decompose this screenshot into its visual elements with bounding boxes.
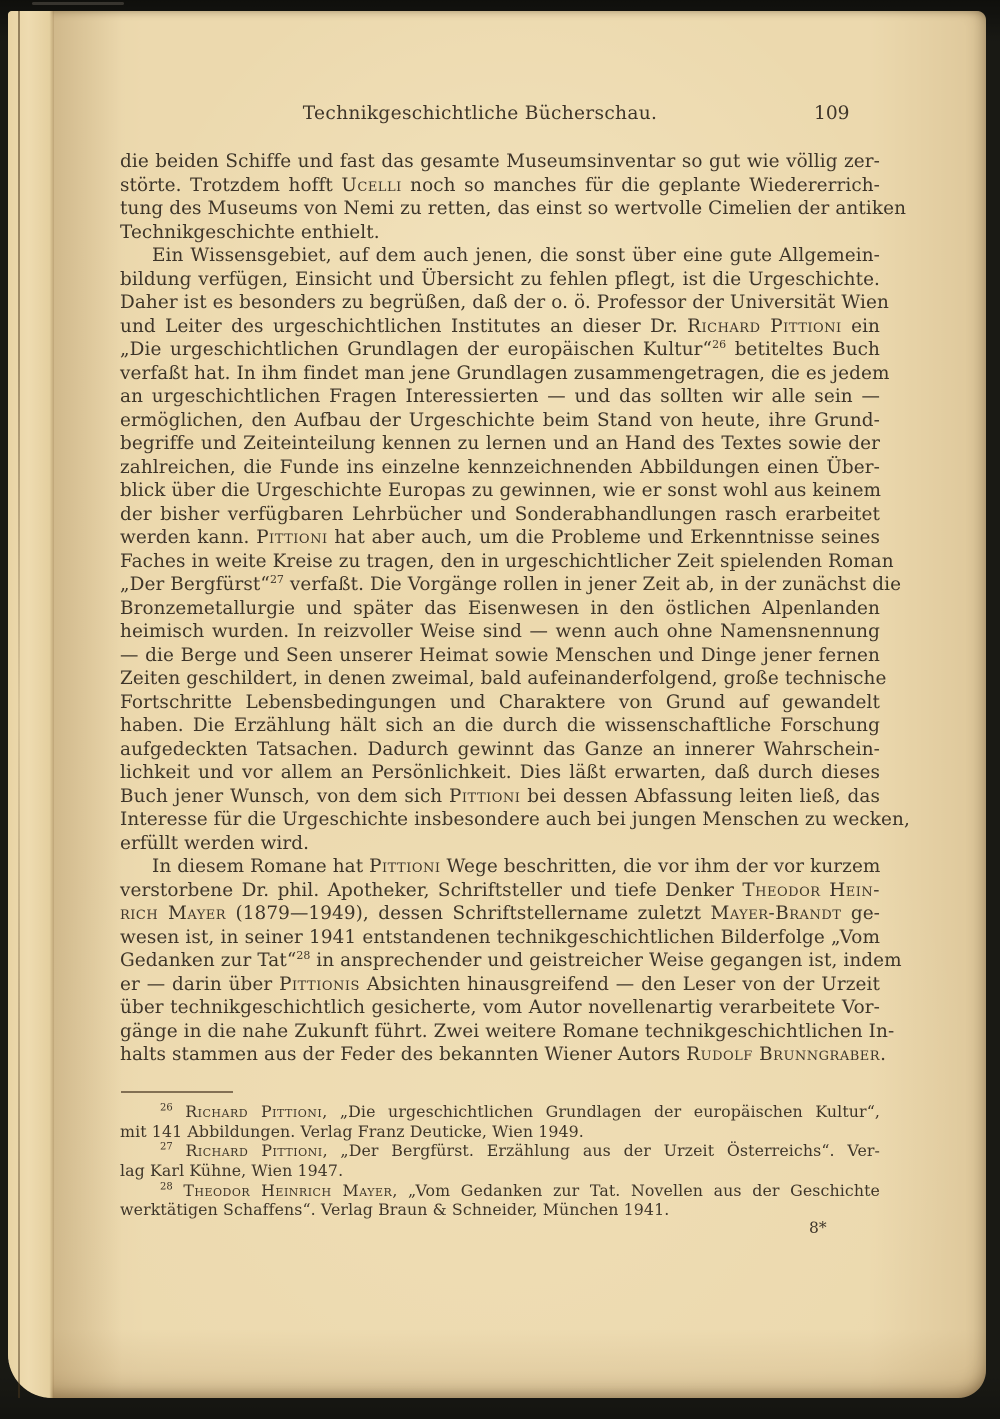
- gutter-shadow: [54, 11, 122, 1398]
- text-line: In diesem Romane hat Pittioni Wege besch…: [120, 855, 880, 879]
- text-line: er — darin über Pittionis Absichten hina…: [120, 973, 880, 997]
- text-line: Daher ist es besonders zu begrüßen, daß …: [120, 291, 880, 315]
- page-number: 109: [814, 103, 850, 124]
- text-line: Bronzemetallurgie und später das Eisenwe…: [120, 597, 880, 621]
- text-line: Gedanken zur Tat“28 in ansprechender und…: [120, 949, 880, 973]
- page-scan: Technikgeschichtliche Bücherschau. 109 d…: [8, 11, 986, 1398]
- text-line: aufgedeckten Tatsachen. Dadurch gewinnt …: [120, 738, 880, 762]
- text-line: Fortschritte Lebensbedingungen und Chara…: [120, 691, 880, 715]
- text-line: verstorbene Dr. phil. Apotheker, Schrift…: [120, 879, 880, 903]
- text-line: „Der Bergfürst“27 verfaßt. Die Vorgänge …: [120, 573, 880, 597]
- text-line: die beiden Schiffe und fast das gesamte …: [120, 150, 880, 174]
- text-line: begriffe und Zeiteinteilung kennen zu le…: [120, 432, 880, 456]
- paragraph: die beiden Schiffe und fast das gesamte …: [120, 150, 880, 244]
- text-line: der bisher verfügbaren Lehrbücher und So…: [120, 503, 880, 527]
- signature-mark: 8*: [809, 1219, 827, 1237]
- text-line: „Die urgeschichtlichen Grundlagen der eu…: [120, 338, 880, 362]
- text-line: 27 Richard Pittioni, „Der Bergfürst. Erz…: [120, 1141, 880, 1161]
- paragraph: Ein Wissensgebiet, auf dem auch jenen, d…: [120, 244, 880, 855]
- running-title: Technikgeschichtliche Bücherschau.: [120, 103, 880, 124]
- text-line: blick über die Urgeschichte Europas zu g…: [120, 479, 880, 503]
- text-line: Ein Wissensgebiet, auf dem auch jenen, d…: [120, 244, 880, 268]
- text-line: Buch jener Wunsch, von dem sich Pittioni…: [120, 785, 880, 809]
- text-line: Faches in weite Kreise zu tragen, den in…: [120, 550, 880, 574]
- gutter-crease-line: [18, 11, 20, 1398]
- book-scan-background: Technikgeschichtliche Bücherschau. 109 d…: [0, 0, 1000, 1419]
- text-line: mit 141 Abbildungen. Verlag Franz Deutic…: [120, 1122, 880, 1142]
- text-line: rich Mayer (1879—1949), dessen Schriftst…: [120, 902, 880, 926]
- text-line: werden kann. Pittioni hat aber auch, um …: [120, 526, 880, 550]
- footnote-rule: [121, 1091, 233, 1093]
- text-line: erfüllt werden wird.: [120, 832, 880, 856]
- text-line: an urgeschichtlichen Fragen Interessiert…: [120, 385, 880, 409]
- binding-highlight: [32, 2, 124, 5]
- text-line: wesen ist, in seiner 1941 entstandenen t…: [120, 926, 880, 950]
- text-line: Interesse für die Urgeschichte insbesond…: [120, 808, 880, 832]
- paragraph: In diesem Romane hat Pittioni Wege besch…: [120, 855, 880, 1067]
- text-line: Technikgeschichte enthielt.: [120, 221, 880, 245]
- text-line: tung des Museums von Nemi zu retten, das…: [120, 197, 880, 221]
- text-line: — die Berge und Seen unserer Heimat sowi…: [120, 644, 880, 668]
- text-line: 26 Richard Pittioni, „Die urgeschichtlic…: [120, 1102, 880, 1122]
- text-line: über technikgeschichtlich gesicherte, vo…: [120, 996, 880, 1020]
- text-line: gänge in die nahe Zukunft führt. Zwei we…: [120, 1020, 880, 1044]
- text-line: und Leiter des urgeschichtlichen Institu…: [120, 315, 880, 339]
- page-header: Technikgeschichtliche Bücherschau. 109: [120, 103, 880, 124]
- footnotes: 26 Richard Pittioni, „Die urgeschichtlic…: [120, 1102, 880, 1220]
- text-line: haben. Die Erzählung hält sich an die du…: [120, 714, 880, 738]
- text-line: ermöglichen, den Aufbau der Urgeschichte…: [120, 409, 880, 433]
- text-line: störte. Trotzdem hofft Ucelli noch so ma…: [120, 174, 880, 198]
- page-gutter-edge: [8, 11, 54, 1398]
- text-line: Zeiten geschildert, in denen zweimal, ba…: [120, 667, 880, 691]
- text-line: werktätigen Schaffens“. Verlag Braun & S…: [120, 1200, 880, 1220]
- text-line: lag Karl Kühne, Wien 1947.: [120, 1161, 880, 1181]
- text-line: zahlreichen, die Funde ins einzelne kenn…: [120, 456, 880, 480]
- text-line: halts stammen aus der Feder des bekannte…: [120, 1043, 880, 1067]
- text-line: verfaßt hat. In ihm findet man jene Grun…: [120, 362, 880, 386]
- text-line: bildung verfügen, Einsicht und Übersicht…: [120, 268, 880, 292]
- text-line: heimisch wurden. In reizvoller Weise sin…: [120, 620, 880, 644]
- text-line: 28 Theodor Heinrich Mayer, „Vom Gedanken…: [120, 1181, 880, 1201]
- body-text: die beiden Schiffe und fast das gesamte …: [120, 150, 880, 1067]
- text-line: lichkeit und vor allem an Persönlichkeit…: [120, 761, 880, 785]
